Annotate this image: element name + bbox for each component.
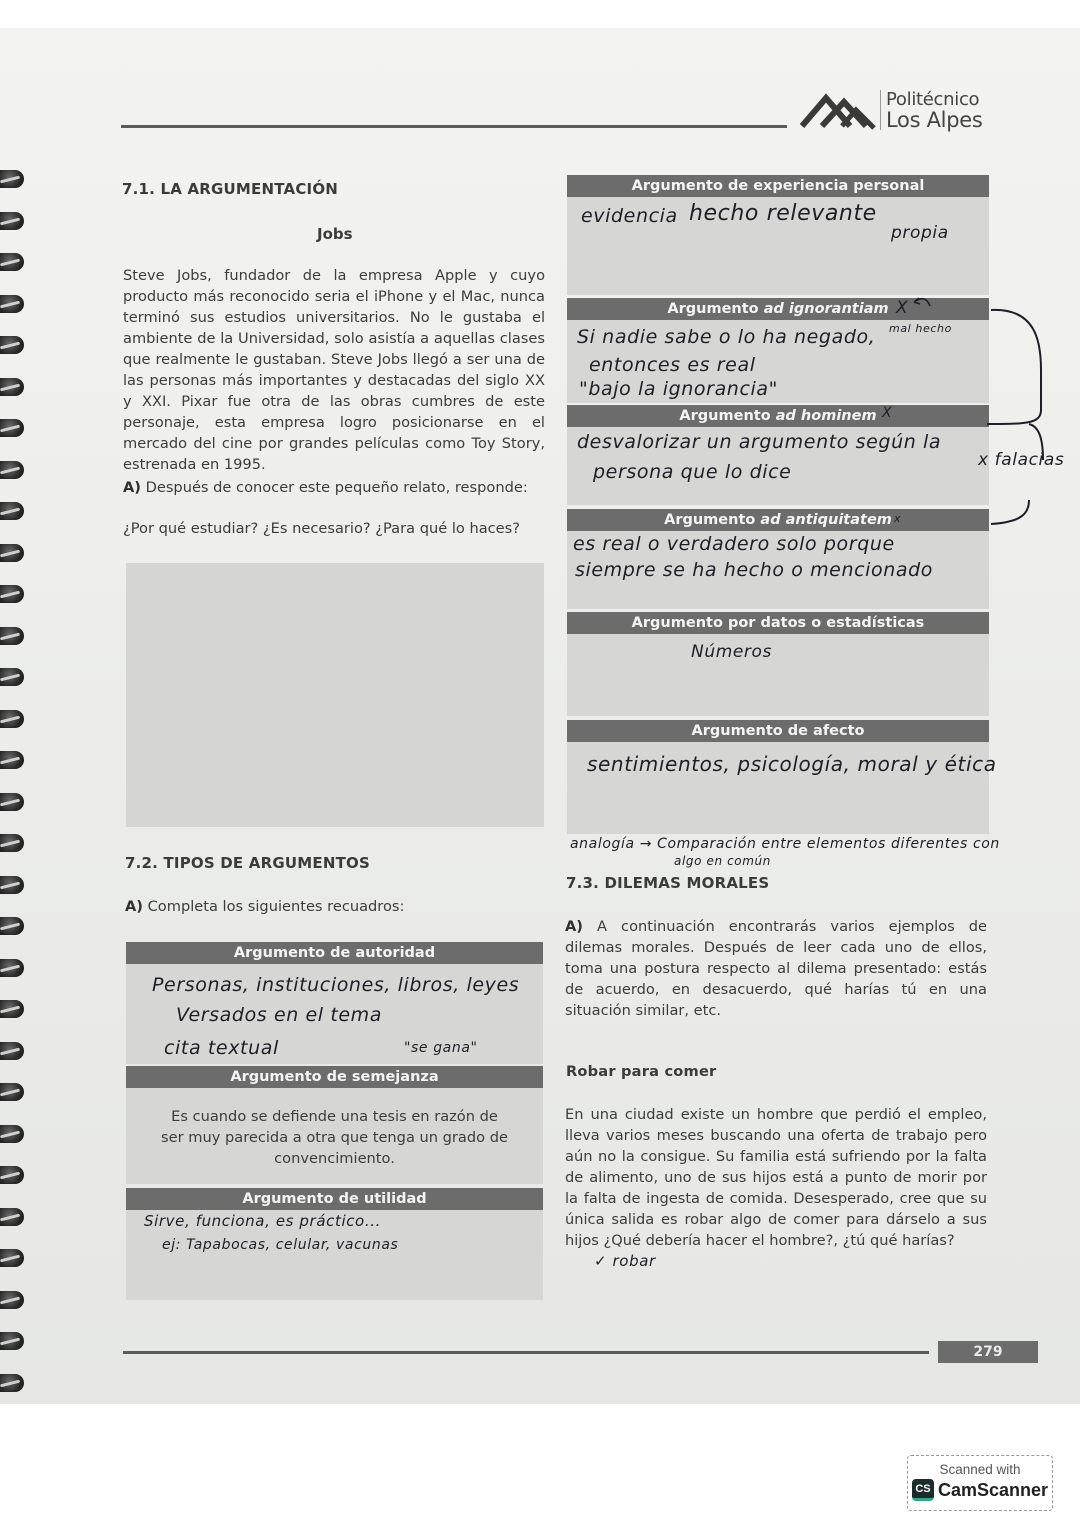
prompt-label: A) — [125, 898, 143, 915]
box-semejanza[interactable]: Argumento de semejanza Es cuando se defi… — [126, 1066, 543, 1184]
handwritten-note: Personas, instituciones, libros, leyes — [152, 974, 519, 996]
spiral-binding — [0, 28, 40, 1404]
box-datos-estadisticas[interactable]: Argumento por datos o estadísticas Númer… — [567, 612, 989, 716]
box-ad-antiquitatem[interactable]: Argumento ad antiquitatem es real o verd… — [567, 509, 989, 609]
spiral-ring — [0, 876, 24, 894]
handwritten-note: cita textual — [164, 1037, 279, 1059]
margin-note-falacias: x falacias — [978, 450, 1064, 470]
title-italic: ad ignorantiam — [764, 301, 889, 317]
spiral-ring — [0, 170, 24, 188]
handwritten-note: sentimientos, psicología, moral y ética — [587, 752, 997, 776]
handwritten-note: hecho relevante — [689, 201, 877, 226]
prompt-text: Después de conocer este pequeño relato, … — [146, 479, 528, 496]
box-ad-hominem[interactable]: Argumento ad hominem desvalorizar un arg… — [567, 405, 989, 505]
spiral-ring — [0, 1332, 24, 1350]
brand-logo: Politécnico Los Alpes — [800, 90, 983, 130]
spiral-ring — [0, 627, 24, 645]
box-title: Argumento de autoridad — [126, 942, 543, 964]
spiral-ring — [0, 378, 24, 396]
section-7-3-prompt: A) A continuación encontrarás varios eje… — [565, 916, 987, 1021]
dilemma-answer: ✓ robar — [594, 1252, 656, 1270]
section-7-1-title: 7.1. LA ARGUMENTACIÓN — [122, 180, 338, 198]
watermark-line-1: Scanned with — [908, 1462, 1052, 1477]
section-7-2-prompt: A) Completa los siguientes recuadros: — [125, 896, 545, 917]
prompt-text: A continuación encontrarás varios ejempl… — [565, 918, 987, 1019]
title-italic: ad hominem — [776, 408, 877, 424]
spiral-ring — [0, 1374, 24, 1392]
camscanner-logo-icon: CS — [912, 1479, 934, 1501]
spiral-ring — [0, 502, 24, 520]
handwritten-note: Versados en el tema — [176, 1004, 382, 1026]
handwritten-note: ej: Tapabocas, celular, vacunas — [162, 1237, 398, 1253]
spiral-ring — [0, 295, 24, 313]
box-autoridad[interactable]: Argumento de autoridad Personas, institu… — [126, 942, 543, 1064]
analogy-note: analogía → Comparación entre elementos d… — [570, 836, 1000, 852]
answer-area[interactable] — [126, 563, 544, 827]
spiral-ring — [0, 1083, 24, 1101]
handwritten-note: "bajo la ignorancia" — [579, 378, 778, 400]
camscanner-watermark: Scanned with CS CamScanner — [907, 1455, 1053, 1511]
logo-separator — [880, 90, 881, 130]
watermark-name: CamScanner — [938, 1480, 1048, 1501]
spiral-ring — [0, 710, 24, 728]
spiral-ring — [0, 461, 24, 479]
box-title: Argumento ad hominem — [567, 405, 989, 427]
spiral-ring — [0, 1291, 24, 1309]
handwritten-note: mal hecho — [889, 322, 952, 335]
dilemma-title: Robar para comer — [566, 1063, 716, 1080]
prompt-label: A) — [565, 918, 583, 935]
brand-line-1: Politécnico — [886, 90, 983, 110]
handwritten-note: evidencia — [581, 205, 678, 227]
questions: ¿Por qué estudiar? ¿Es necesario? ¿Para … — [123, 518, 545, 539]
box-utilidad[interactable]: Argumento de utilidad Sirve, funciona, e… — [126, 1188, 543, 1300]
spiral-ring — [0, 1249, 24, 1267]
title-prefix: Argumento — [667, 301, 763, 317]
box-printed-text: Es cuando se defiende una tesis en razón… — [126, 1106, 543, 1169]
spiral-ring — [0, 1000, 24, 1018]
title-prefix: Argumento — [664, 512, 760, 528]
story-title: Jobs — [317, 225, 353, 243]
spiral-ring — [0, 917, 24, 935]
mark-x: x — [894, 512, 901, 525]
box-title: Argumento de afecto — [567, 720, 989, 742]
handwritten-note: persona que lo dice — [593, 461, 791, 483]
box-title: Argumento por datos o estadísticas — [567, 612, 989, 634]
spiral-ring — [0, 793, 24, 811]
handwritten-note: Sirve, funciona, es práctico... — [144, 1212, 381, 1230]
handwritten-note: desvalorizar un argumento según la — [577, 431, 941, 453]
spiral-ring — [0, 959, 24, 977]
spiral-ring — [0, 336, 24, 354]
story-text: Steve Jobs, fundador de la empresa Apple… — [123, 265, 545, 475]
handwritten-note: Si nadie sabe o lo ha negado, — [577, 326, 875, 348]
box-title: Argumento de semejanza — [126, 1066, 543, 1088]
box-title: Argumento ad antiquitatem — [567, 509, 989, 531]
spiral-ring — [0, 1166, 24, 1184]
handwritten-note: es real o verdadero solo porque — [573, 533, 895, 555]
mark-x: X — [882, 405, 892, 421]
brand-line-2: Los Alpes — [886, 110, 983, 130]
spiral-ring — [0, 1042, 24, 1060]
arrow-icon — [910, 294, 932, 314]
handwritten-note: entonces es real — [589, 354, 756, 376]
section-7-1-prompt: A) Después de conocer este pequeño relat… — [123, 477, 545, 498]
spiral-ring — [0, 668, 24, 686]
footer-rule — [123, 1351, 929, 1354]
spiral-ring — [0, 1125, 24, 1143]
handwritten-note: "se gana" — [404, 1040, 478, 1056]
box-experiencia-personal[interactable]: Argumento de experiencia personal eviden… — [567, 175, 989, 295]
box-title: Argumento de utilidad — [126, 1188, 543, 1210]
spiral-ring — [0, 1208, 24, 1226]
box-title: Argumento de experiencia personal — [567, 175, 989, 197]
fallacies-brace — [985, 300, 1055, 534]
box-afecto[interactable]: Argumento de afecto sentimientos, psicol… — [567, 720, 989, 834]
spiral-ring — [0, 751, 24, 769]
brand-name: Politécnico Los Alpes — [886, 90, 983, 130]
title-prefix: Argumento — [679, 408, 775, 424]
prompt-label: A) — [123, 479, 141, 496]
analogy-note-line-2: algo en común — [674, 854, 771, 868]
handwritten-note: Números — [691, 642, 772, 662]
section-7-2-title: 7.2. TIPOS DE ARGUMENTOS — [125, 854, 370, 872]
spiral-ring — [0, 544, 24, 562]
mark-x: X — [896, 298, 908, 318]
handwritten-note: siempre se ha hecho o mencionado — [575, 559, 933, 581]
title-italic: ad antiquitatem — [760, 512, 891, 528]
header-rule — [121, 125, 787, 128]
spiral-ring — [0, 834, 24, 852]
spiral-ring — [0, 585, 24, 603]
page-number: 279 — [938, 1341, 1038, 1363]
dilemma-text: En una ciudad existe un hombre que perdi… — [565, 1104, 987, 1251]
spiral-ring — [0, 212, 24, 230]
spiral-ring — [0, 253, 24, 271]
section-7-3-title: 7.3. DILEMAS MORALES — [566, 874, 769, 892]
mountain-logo-icon — [800, 90, 876, 130]
handwritten-note: propia — [891, 223, 949, 243]
spiral-ring — [0, 419, 24, 437]
prompt-text: Completa los siguientes recuadros: — [148, 898, 405, 915]
